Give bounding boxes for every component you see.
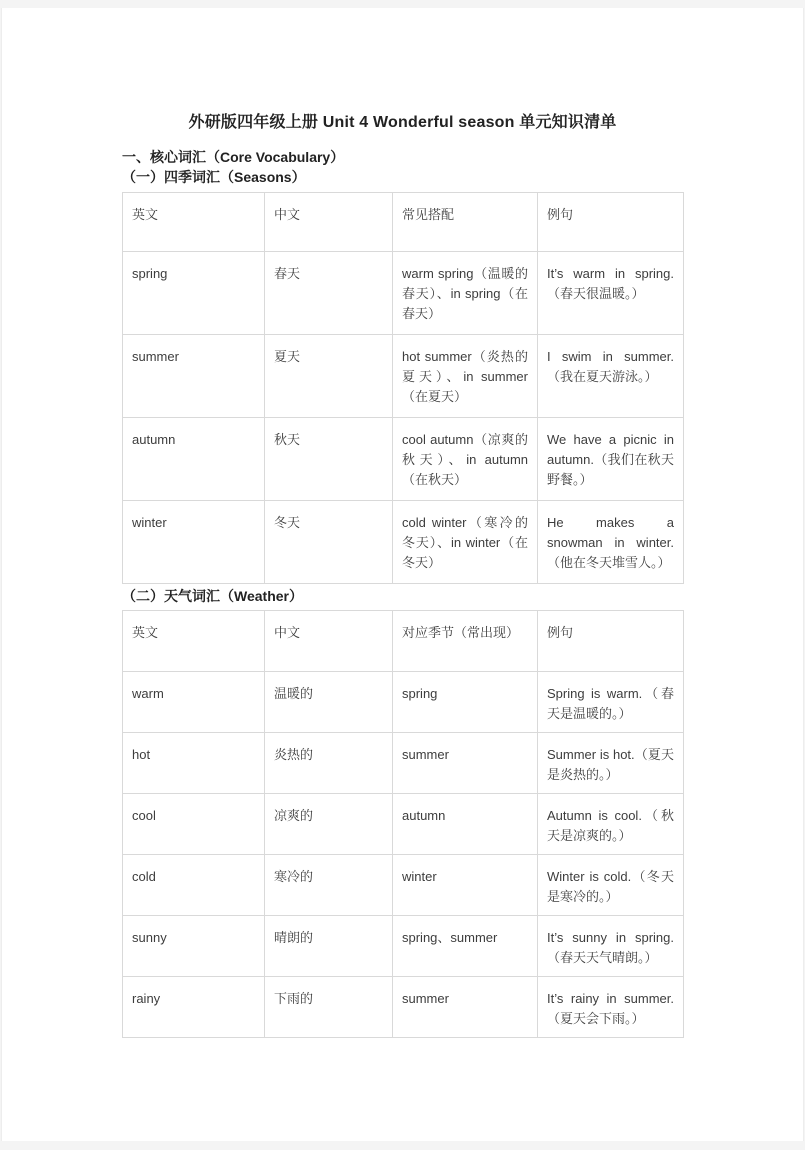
table-row-spring: spring 春天 warm spring（温暖的春天）、in spring（在…: [123, 252, 684, 335]
document-title: 外研版四年级上册 Unit 4 Wonderful season 单元知识清单: [122, 112, 683, 134]
table-row-cool: cool 凉爽的 autumn Autumn is cool.（秋天是凉爽的。）: [123, 794, 684, 855]
section-heading-core-vocabulary: 一、核心词汇（Core Vocabulary）: [122, 147, 683, 167]
table-row-sunny: sunny 晴朗的 spring、summer It’s sunny in sp…: [123, 916, 684, 977]
cell-chinese: 夏天: [265, 335, 393, 418]
cell-season: spring、summer: [393, 916, 538, 977]
column-header-example: 例句: [538, 611, 684, 672]
document-content: 外研版四年级上册 Unit 4 Wonderful season 单元知识清单 …: [122, 8, 683, 1038]
document-page: 外研版四年级上册 Unit 4 Wonderful season 单元知识清单 …: [1, 8, 804, 1141]
cell-example: We have a picnic in autumn.（我们在秋天野餐。）: [538, 418, 684, 501]
cell-english: hot: [123, 733, 265, 794]
table-row-autumn: autumn 秋天 cool autumn（凉爽的秋天）、in autumn（在…: [123, 418, 684, 501]
cell-collocations: cool autumn（凉爽的秋天）、in autumn（在秋天）: [393, 418, 538, 501]
table-row-rainy: rainy 下雨的 summer It’s rainy in summer.（夏…: [123, 977, 684, 1038]
subsection-heading-seasons: （一）四季词汇（Seasons）: [122, 167, 683, 187]
table-row-cold: cold 寒冷的 winter Winter is cold.（冬天是寒冷的。）: [123, 855, 684, 916]
cell-example: I swim in summer.（我在夏天游泳。）: [538, 335, 684, 418]
cell-collocations: warm spring（温暖的春天）、in spring（在春天）: [393, 252, 538, 335]
cell-english: winter: [123, 501, 265, 584]
cell-example: It’s sunny in spring.（春天天气晴朗。）: [538, 916, 684, 977]
cell-collocations: hot summer（炎热的夏天）、in summer（在夏天）: [393, 335, 538, 418]
cell-english: autumn: [123, 418, 265, 501]
cell-english: cold: [123, 855, 265, 916]
cell-example: It’s rainy in summer.（夏天会下雨。）: [538, 977, 684, 1038]
cell-chinese: 温暖的: [265, 672, 393, 733]
seasons-header-row: 英文 中文 常见搭配 例句: [123, 193, 684, 252]
cell-chinese: 寒冷的: [265, 855, 393, 916]
cell-chinese: 冬天: [265, 501, 393, 584]
cell-chinese: 秋天: [265, 418, 393, 501]
cell-example: Winter is cold.（冬天是寒冷的。）: [538, 855, 684, 916]
column-header-season: 对应季节（常出现）: [393, 611, 538, 672]
cell-example: He makes a snowman in winter.（他在冬天堆雪人。）: [538, 501, 684, 584]
column-header-collocations: 常见搭配: [393, 193, 538, 252]
weather-header-row: 英文 中文 对应季节（常出现） 例句: [123, 611, 684, 672]
cell-chinese: 下雨的: [265, 977, 393, 1038]
table-row-summer: summer 夏天 hot summer（炎热的夏天）、in summer（在夏…: [123, 335, 684, 418]
table-row-hot: hot 炎热的 summer Summer is hot.（夏天是炎热的。）: [123, 733, 684, 794]
cell-english: rainy: [123, 977, 265, 1038]
cell-english: cool: [123, 794, 265, 855]
cell-collocations: cold winter（寒冷的冬天）、in winter（在冬天）: [393, 501, 538, 584]
cell-season: spring: [393, 672, 538, 733]
cell-season: autumn: [393, 794, 538, 855]
cell-example: Spring is warm.（春天是温暖的。）: [538, 672, 684, 733]
column-header-english: 英文: [123, 611, 265, 672]
cell-english: warm: [123, 672, 265, 733]
column-header-english: 英文: [123, 193, 265, 252]
table-row-winter: winter 冬天 cold winter（寒冷的冬天）、in winter（在…: [123, 501, 684, 584]
column-header-example: 例句: [538, 193, 684, 252]
cell-example: Summer is hot.（夏天是炎热的。）: [538, 733, 684, 794]
cell-english: spring: [123, 252, 265, 335]
cell-chinese: 晴朗的: [265, 916, 393, 977]
column-header-chinese: 中文: [265, 193, 393, 252]
cell-season: winter: [393, 855, 538, 916]
cell-chinese: 凉爽的: [265, 794, 393, 855]
cell-english: sunny: [123, 916, 265, 977]
column-header-chinese: 中文: [265, 611, 393, 672]
table-row-warm: warm 温暖的 spring Spring is warm.（春天是温暖的。）: [123, 672, 684, 733]
cell-english: summer: [123, 335, 265, 418]
cell-chinese: 春天: [265, 252, 393, 335]
weather-table: 英文 中文 对应季节（常出现） 例句 warm 温暖的 spring Sprin…: [122, 610, 684, 1038]
cell-example: It’s warm in spring.（春天很温暖。）: [538, 252, 684, 335]
cell-season: summer: [393, 733, 538, 794]
cell-example: Autumn is cool.（秋天是凉爽的。）: [538, 794, 684, 855]
seasons-table: 英文 中文 常见搭配 例句 spring 春天 warm spring（温暖的春…: [122, 192, 684, 584]
cell-chinese: 炎热的: [265, 733, 393, 794]
subsection-heading-weather: （二）天气词汇（Weather）: [122, 586, 683, 606]
cell-season: summer: [393, 977, 538, 1038]
